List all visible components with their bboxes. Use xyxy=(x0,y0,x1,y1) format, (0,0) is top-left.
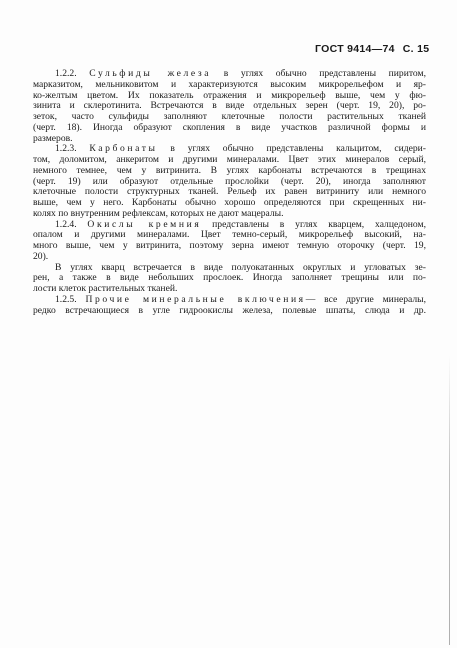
page-header: ГОСТ 9414—74С. 15 xyxy=(315,43,429,55)
section-1-2-3: 1.2.3. Карбонаты в углях обычно представ… xyxy=(33,144,426,219)
text-line: немного темнее, чем у витринита. В углях… xyxy=(33,166,426,177)
scan-edge-artifact xyxy=(449,355,450,645)
section-number: 1.2.3. xyxy=(55,143,77,154)
text-line: редко встречающиеся в угле гидроокислы ж… xyxy=(33,306,426,317)
section-1-2-2: 1.2.2. Сульфиды железа в углях обычно пр… xyxy=(33,69,426,144)
section-number: 1.2.4. xyxy=(55,219,77,230)
text-line: много выше, чем у витринита, поэтому зер… xyxy=(33,241,426,252)
section-term: Карбонаты xyxy=(89,143,157,154)
paragraph-quartz: В углях кварц встречается в виде полуока… xyxy=(33,263,426,295)
section-1-2-5: 1.2.5. Прочие минеральные включения— все… xyxy=(33,295,426,317)
page-number: С. 15 xyxy=(403,43,430,55)
section-term: Прочие минеральные включения xyxy=(85,294,305,305)
section-number: 1.2.5. xyxy=(55,294,77,305)
text-line: марказитом, мельниковитом и характеризую… xyxy=(33,80,426,91)
standard-number: ГОСТ 9414—74 xyxy=(315,43,395,55)
document-body: 1.2.2. Сульфиды железа в углях обычно пр… xyxy=(33,69,426,316)
section-term: Окислы кремния xyxy=(87,219,201,230)
section-number: 1.2.2. xyxy=(55,68,77,79)
text-line: (черт. 18). Иногда образуют скопления в … xyxy=(33,123,426,134)
section-1-2-4: 1.2.4. Окислы кремния представлены в угл… xyxy=(33,220,426,263)
text-line: 20). xyxy=(33,252,426,263)
section-term: Сульфиды железа xyxy=(89,68,211,79)
text-line: 1.2.5. Прочие минеральные включения— все… xyxy=(33,295,426,306)
